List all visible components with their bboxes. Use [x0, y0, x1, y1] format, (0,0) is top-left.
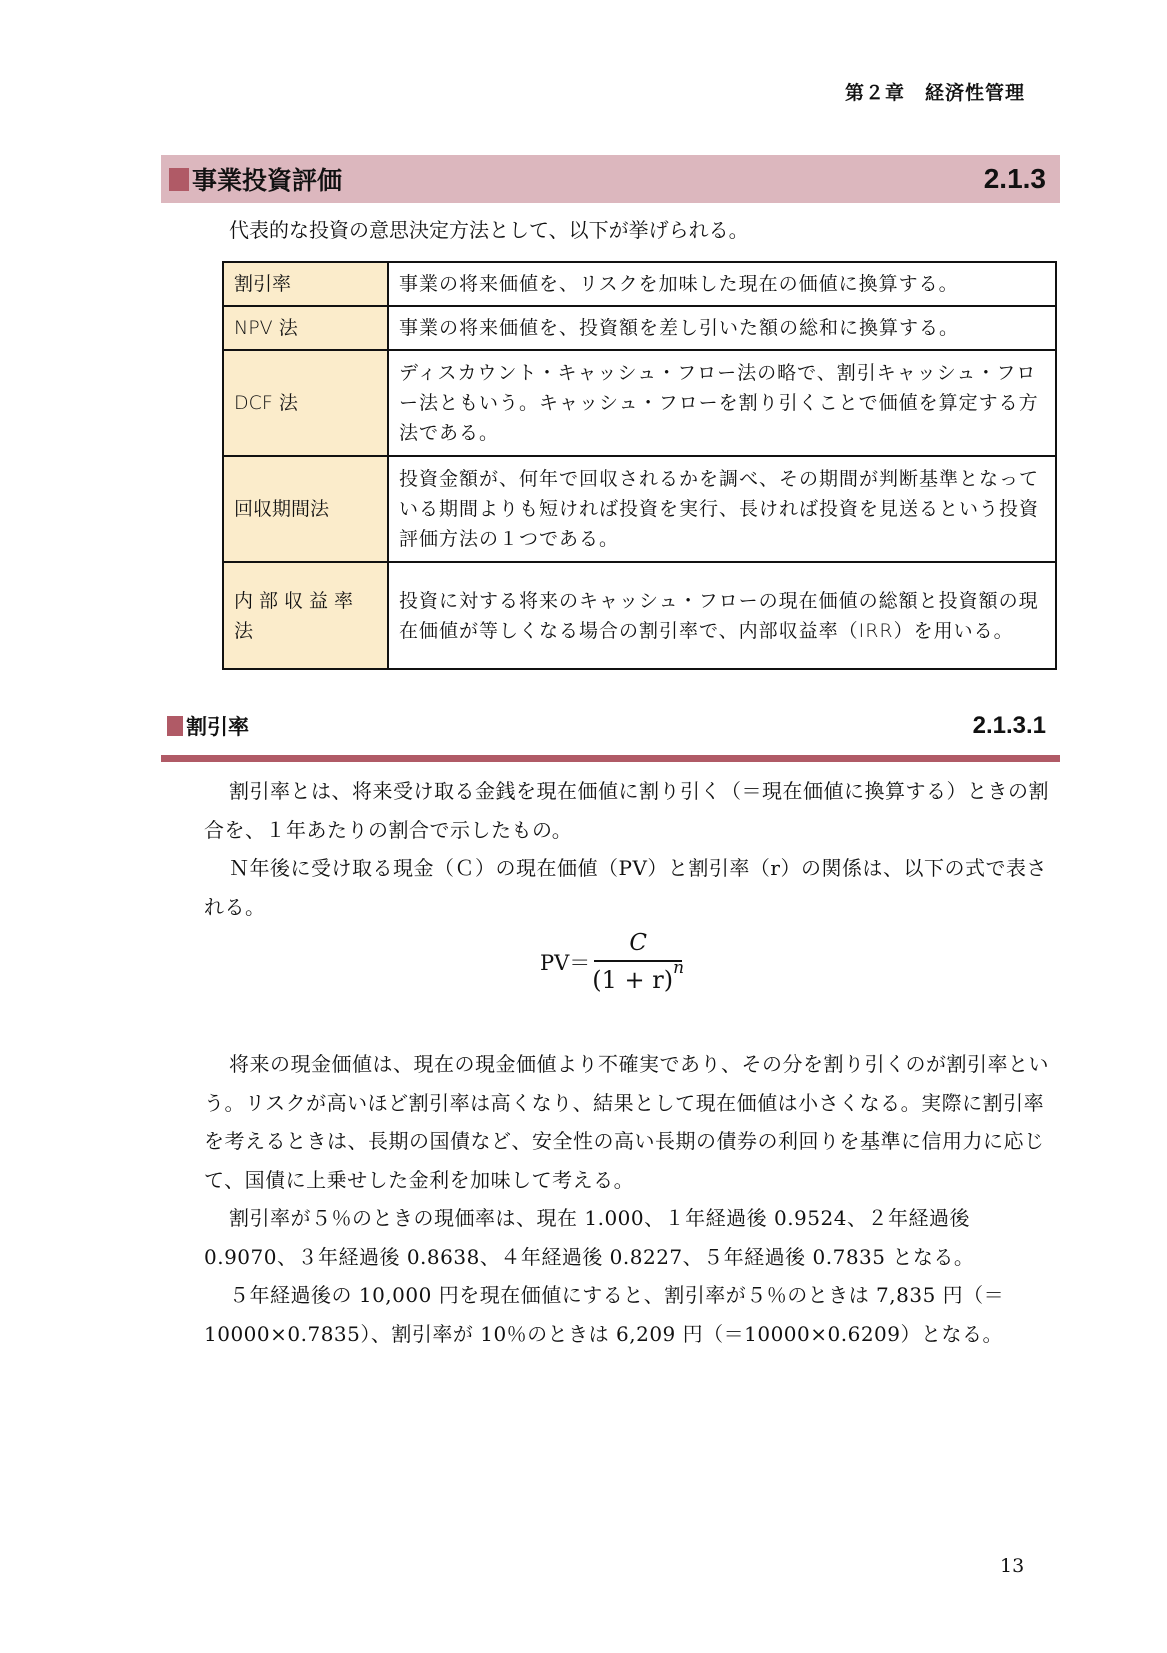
table-row: 内部収益率法 投資に対する将来のキャッシュ・フローの現在価値の総額と投資額の現在… [223, 562, 1056, 669]
table-row: 割引率 事業の将来価値を、リスクを加味した現在の価値に換算する。 [223, 262, 1056, 306]
paragraph-risk: 将来の現金価値は、現在の現金価値より不確実であり、その分を割り引くのが割引率とい… [204, 1045, 1054, 1199]
chapter-header: 第２章 経済性管理 [845, 78, 1025, 105]
formula-fraction: C (1 + r)n [592, 930, 684, 994]
table-label: 内部収益率法 [223, 562, 388, 669]
table-label: NPV 法 [223, 306, 388, 350]
table-label: 回収期間法 [223, 456, 388, 562]
intro-text: 代表的な投資の意思決定方法として、以下が挙げられる。 [229, 214, 749, 243]
section-header-bar: 事業投資評価 2.1.3 [161, 155, 1060, 203]
section-title: 事業投資評価 [192, 161, 342, 197]
table-desc: ディスカウント・キャッシュ・フロー法の略で、割引キャッシュ・フロー法ともいう。キ… [388, 350, 1056, 456]
table-desc: 事業の将来価値を、投資額を差し引いた額の総和に換算する。 [388, 306, 1056, 350]
subsection-underline [161, 755, 1060, 762]
formula-numerator: C [629, 930, 647, 960]
table-label: 割引率 [223, 262, 388, 306]
investment-methods-table: 割引率 事業の将来価値を、リスクを加味した現在の価値に換算する。 NPV 法 事… [222, 261, 1057, 670]
subsection-number: 2.1.3.1 [973, 712, 1046, 740]
subsection-title: 割引率 [186, 711, 249, 741]
table-label: DCF 法 [223, 350, 388, 456]
square-bullet-icon [167, 716, 183, 736]
table-row: NPV 法 事業の将来価値を、投資額を差し引いた額の総和に換算する。 [223, 306, 1056, 350]
page-number: 13 [1000, 1555, 1024, 1577]
table-desc: 投資金額が、何年で回収されるかを調べ、その期間が判断基準となっている期間よりも短… [388, 456, 1056, 562]
section-number: 2.1.3 [984, 163, 1046, 195]
pv-formula: PV＝ C (1 + r)n [540, 930, 684, 994]
table-row: 回収期間法 投資金額が、何年で回収されるかを調べ、その期間が判断基準となっている… [223, 456, 1056, 562]
formula-lhs: PV＝ [540, 947, 590, 977]
table-row: DCF 法 ディスカウント・キャッシュ・フロー法の略で、割引キャッシュ・フロー法… [223, 350, 1056, 456]
denominator-base: (1 + r) [592, 966, 673, 994]
paragraph-factors: 割引率が５％のときの現価率は、現在 1.000、１年経過後 0.9524、２年経… [204, 1199, 1054, 1276]
subsection-header: 割引率 2.1.3.1 [163, 708, 1060, 744]
paragraph-example: ５年経過後の 10,000 円を現在価値にすると、割引率が５％のときは 7,83… [204, 1276, 1054, 1353]
table-desc: 事業の将来価値を、リスクを加味した現在の価値に換算する。 [388, 262, 1056, 306]
paragraph-definition: 割引率とは、将来受け取る金銭を現在価値に割り引く（＝現在価値に換算する）ときの割… [204, 772, 1054, 849]
formula-exponent: n [673, 958, 684, 978]
table-desc: 投資に対する将来のキャッシュ・フローの現在価値の総額と投資額の現在価値が等しくな… [388, 562, 1056, 669]
paragraph-relation: Ｎ年後に受け取る現金（Ｃ）の現在価値（PV）と割引率（r）の関係は、以下の式で表… [204, 849, 1054, 926]
paragraph-group-1: 割引率とは、将来受け取る金銭を現在価値に割り引く（＝現在価値に換算する）ときの割… [204, 772, 1054, 926]
square-bullet-icon [169, 168, 189, 191]
paragraph-group-2: 将来の現金価値は、現在の現金価値より不確実であり、その分を割り引くのが割引率とい… [204, 1045, 1054, 1353]
formula-denominator: (1 + r)n [592, 962, 684, 994]
